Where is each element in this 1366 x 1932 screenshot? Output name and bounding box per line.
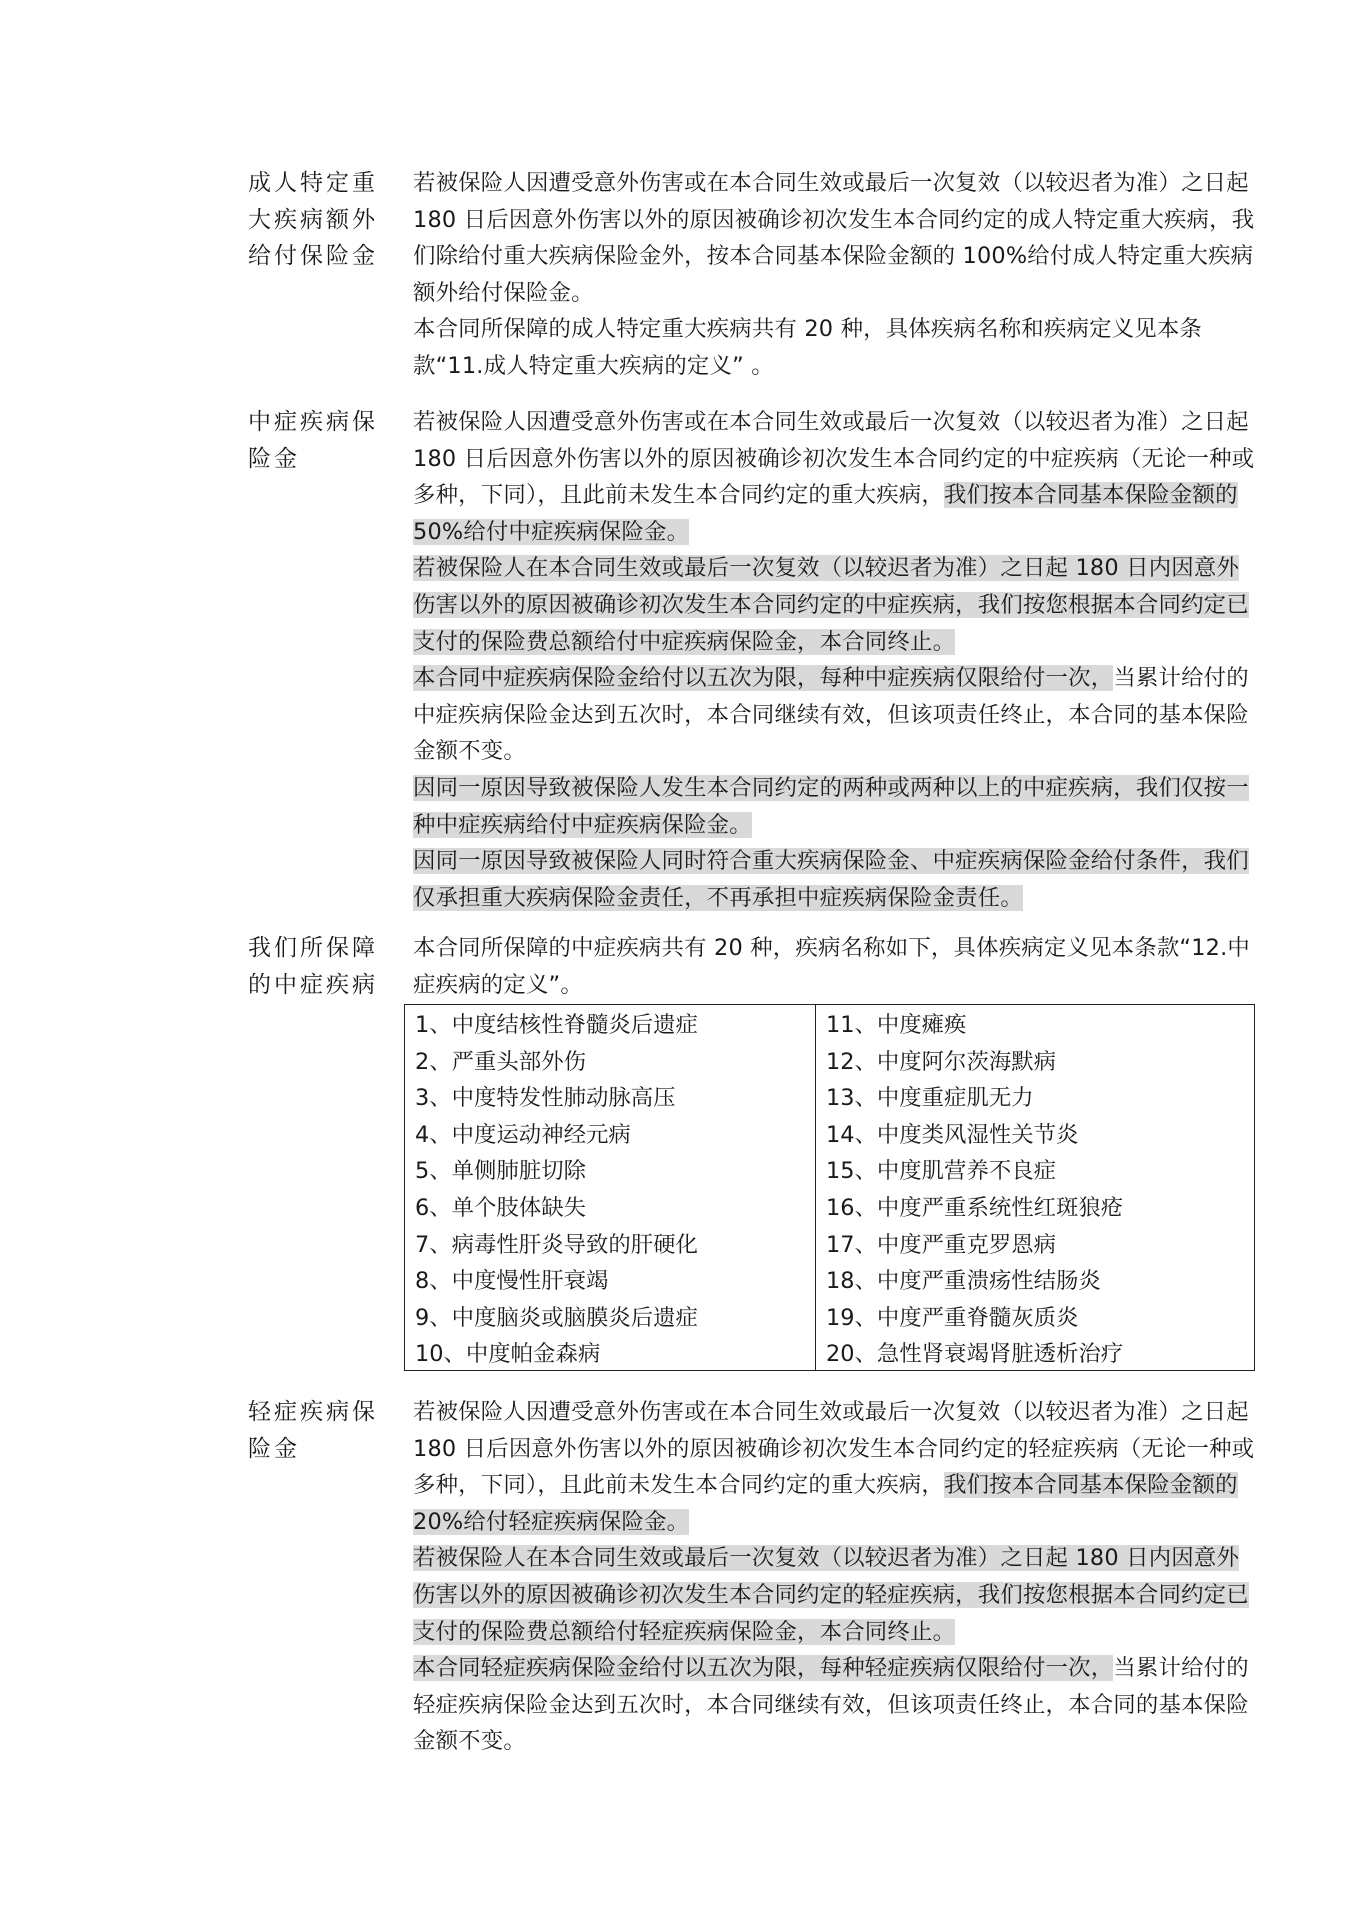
table-cell: 14、中度类风湿性关节炎 [826,1117,1254,1154]
section-label: 我们所保障的中症疾病 [248,930,398,1003]
highlighted-text: 因同一原因导致被保险人发生本合同约定的两种或两种以上的中症疾病，我们仅按一种中症… [413,775,1249,838]
paragraph: 因同一原因导致被保险人同时符合重大疾病保险金、中症疾病保险金给付条件，我们仅承担… [413,843,1258,916]
table-cell: 9、中度脑炎或脑膜炎后遗症 [415,1300,815,1337]
table-cell: 18、中度严重溃疡性结肠炎 [826,1263,1254,1300]
table-column-right: 11、中度瘫痪 12、中度阿尔茨海默病 13、中度重症肌无力 14、中度类风湿性… [816,1005,1254,1370]
highlighted-text: 若被保险人在本合同生效或最后一次复效（以较迟者为准）之日起 180 日内因意外伤… [413,555,1249,654]
table-cell: 11、中度瘫痪 [826,1007,1254,1044]
table-cell: 6、单个肢体缺失 [415,1190,815,1227]
paragraph: 本合同所保障的成人特定重大疾病共有 20 种，具体疾病名称和疾病定义见本条款“1… [413,311,1258,384]
table-column-left: 1、中度结核性脊髓炎后遗症 2、严重头部外伤 3、中度特发性肺动脉高压 4、中度… [405,1005,816,1370]
text-segment: 本合同所保障的成人特定重大疾病共有 20 种，具体疾病名称和疾病定义见本条款“1… [413,316,1202,379]
paragraph: 若被保险人在本合同生效或最后一次复效（以较迟者为准）之日起 180 日内因意外伤… [413,1540,1258,1650]
paragraph: 本合同中症疾病保险金给付以五次为限，每种中症疾病仅限给付一次，当累计给付的中症疾… [413,660,1258,770]
paragraph: 若被保险人因遭受意外伤害或在本合同生效或最后一次复效（以较迟者为准）之日起 18… [413,165,1258,311]
paragraph: 本合同轻症疾病保险金给付以五次为限，每种轻症疾病仅限给付一次，当累计给付的轻症疾… [413,1650,1258,1760]
section-label: 轻症疾病保险金 [248,1394,398,1467]
highlighted-text: 若被保险人在本合同生效或最后一次复效（以较迟者为准）之日起 180 日内因意外伤… [413,1545,1249,1644]
table-cell: 3、中度特发性肺动脉高压 [415,1080,815,1117]
table-cell: 10、中度帕金森病 [415,1336,815,1373]
table-cell: 20、急性肾衰竭肾脏透析治疗 [826,1336,1254,1373]
table-cell: 1、中度结核性脊髓炎后遗症 [415,1007,815,1044]
table-cell: 13、中度重症肌无力 [826,1080,1254,1117]
section-body: 若被保险人因遭受意外伤害或在本合同生效或最后一次复效（以较迟者为准）之日起 18… [413,404,1258,916]
paragraph: 若被保险人在本合同生效或最后一次复效（以较迟者为准）之日起 180 日内因意外伤… [413,550,1258,660]
table-cell: 8、中度慢性肝衰竭 [415,1263,815,1300]
text-segment: 本合同所保障的中症疾病共有 20 种，疾病名称如下，具体疾病定义见本条款“12.… [413,935,1250,998]
table-cell: 7、病毒性肝炎导致的肝硬化 [415,1227,815,1264]
paragraph: 若被保险人因遭受意外伤害或在本合同生效或最后一次复效（以较迟者为准）之日起 18… [413,1394,1258,1540]
highlighted-text: 因同一原因导致被保险人同时符合重大疾病保险金、中症疾病保险金给付条件，我们仅承担… [413,848,1249,911]
table-cell: 4、中度运动神经元病 [415,1117,815,1154]
paragraph: 本合同所保障的中症疾病共有 20 种，疾病名称如下，具体疾病定义见本条款“12.… [413,930,1258,1003]
table-cell: 5、单侧肺脏切除 [415,1153,815,1190]
section-body: 若被保险人因遭受意外伤害或在本合同生效或最后一次复效（以较迟者为准）之日起 18… [413,165,1258,385]
moderate-illness-table: 1、中度结核性脊髓炎后遗症 2、严重头部外伤 3、中度特发性肺动脉高压 4、中度… [404,1004,1255,1371]
section-body: 若被保险人因遭受意外伤害或在本合同生效或最后一次复效（以较迟者为准）之日起 18… [413,1394,1258,1760]
table-cell: 12、中度阿尔茨海默病 [826,1044,1254,1081]
table-cell: 15、中度肌营养不良症 [826,1153,1254,1190]
table-cell: 16、中度严重系统性红斑狼疮 [826,1190,1254,1227]
section-body: 本合同所保障的中症疾病共有 20 种，疾病名称如下，具体疾病定义见本条款“12.… [413,930,1258,1003]
section-label: 中症疾病保险金 [248,404,398,477]
table-cell: 19、中度严重脊髓灰质炎 [826,1300,1254,1337]
paragraph: 若被保险人因遭受意外伤害或在本合同生效或最后一次复效（以较迟者为准）之日起 18… [413,404,1258,550]
text-segment: 若被保险人因遭受意外伤害或在本合同生效或最后一次复效（以较迟者为准）之日起 18… [413,170,1254,306]
highlighted-text: 本合同轻症疾病保险金给付以五次为限，每种轻症疾病仅限给付一次， [413,1655,1113,1681]
section-label: 成人特定重大疾病额外给付保险金 [248,165,398,275]
paragraph: 因同一原因导致被保险人发生本合同约定的两种或两种以上的中症疾病，我们仅按一种中症… [413,770,1258,843]
table-cell: 2、严重头部外伤 [415,1044,815,1081]
highlighted-text: 本合同中症疾病保险金给付以五次为限，每种中症疾病仅限给付一次， [413,665,1113,691]
table-cell: 17、中度严重克罗恩病 [826,1227,1254,1264]
